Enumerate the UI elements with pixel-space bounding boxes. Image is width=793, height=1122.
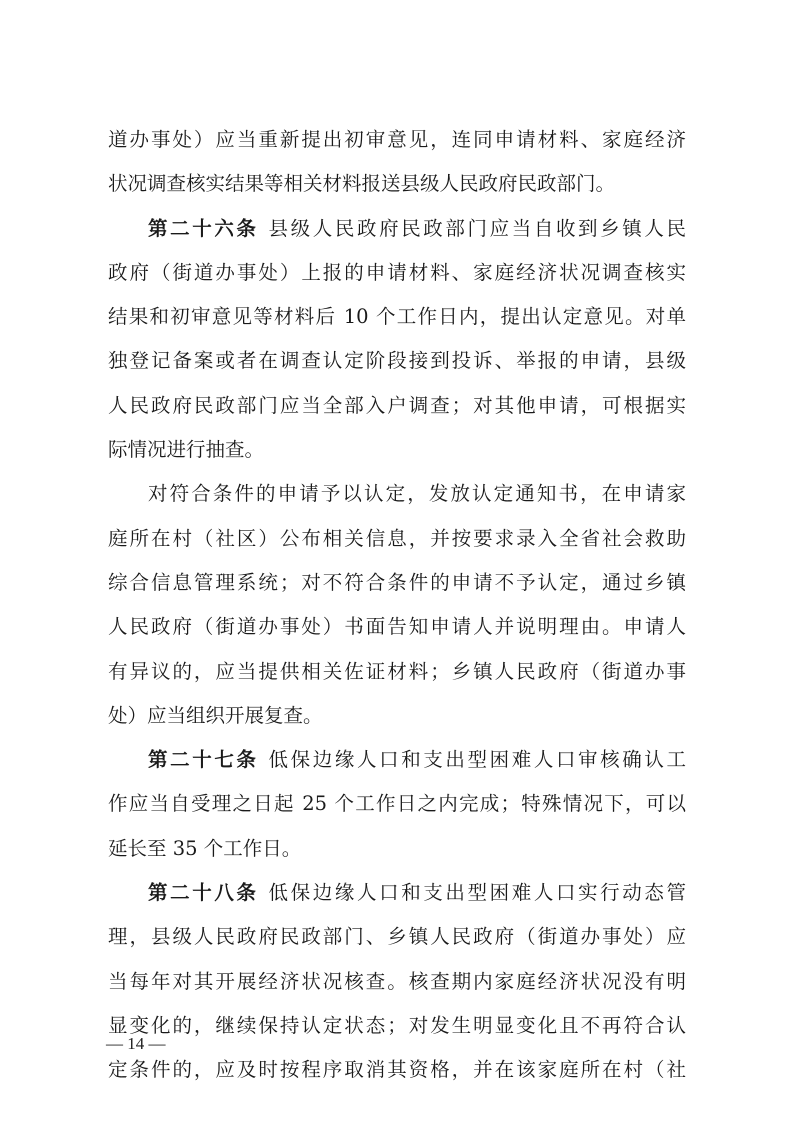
article-28-heading-line: 第二十八条低保边缘人口和支出型困难人口实行动态管 (108, 871, 686, 915)
article-number: 第二十六条 (148, 217, 259, 240)
text-line: 独登记备案或者在调查认定阶段接到投诉、举报的申请，县级 (108, 339, 686, 383)
text-line: 定条件的，应及时按程序取消其资格，并在该家庭所在村（社 (108, 1048, 686, 1092)
text-line: 人民政府（街道办事处）书面告知申请人并说明理由。申请人 (108, 605, 686, 649)
text-line: 低保边缘人口和支出型困难人口实行动态管 (269, 881, 686, 904)
text-line: 显变化的，继续保持认定状态；对发生明显变化且不再符合认 (108, 1004, 686, 1048)
text-line: 际情况进行抽查。 (108, 428, 686, 472)
text-line: 道办事处）应当重新提出初审意见，连同申请材料、家庭经济 (108, 118, 686, 162)
text-line: 延长至 35 个工作日。 (108, 827, 686, 871)
text-line: 对符合条件的申请予以认定，发放认定通知书，在申请家 (108, 472, 686, 516)
text-line: 结果和初审意见等材料后 10 个工作日内，提出认定意见。对单 (108, 295, 686, 339)
text-line: 作应当自受理之日起 25 个工作日之内完成；特殊情况下，可以 (108, 782, 686, 826)
text-line: 人民政府民政部门应当全部入户调查；对其他申请，可根据实 (108, 384, 686, 428)
text-line: 处）应当组织开展复查。 (108, 694, 686, 738)
text-line: 有异议的，应当提供相关佐证材料；乡镇人民政府（街道办事 (108, 650, 686, 694)
text-line: 政府（街道办事处）上报的申请材料、家庭经济状况调查核实 (108, 251, 686, 295)
text-line: 庭所在村（社区）公布相关信息，并按要求录入全省社会救助 (108, 517, 686, 561)
text-line: 低保边缘人口和支出型困难人口审核确认工 (269, 748, 686, 771)
article-number: 第二十八条 (148, 881, 259, 904)
text-line: 当每年对其开展经济状况核查。核查期内家庭经济状况没有明 (108, 960, 686, 1004)
text-line: 状况调查核实结果等相关材料报送县级人民政府民政部门。 (108, 162, 686, 206)
text-line: 县级人民政府民政部门应当自收到乡镇人民 (269, 217, 686, 240)
article-number: 第二十七条 (148, 748, 259, 771)
text-line: 理，县级人民政府民政部门、乡镇人民政府（街道办事处）应 (108, 915, 686, 959)
document-page: 道办事处）应当重新提出初审意见，连同申请材料、家庭经济 状况调查核实结果等相关材… (108, 118, 686, 1093)
text-line: 综合信息管理系统；对不符合条件的申请不予认定，通过乡镇 (108, 561, 686, 605)
article-27-heading-line: 第二十七条低保边缘人口和支出型困难人口审核确认工 (108, 738, 686, 782)
article-26-heading-line: 第二十六条县级人民政府民政部门应当自收到乡镇人民 (108, 207, 686, 251)
page-number: — 14 — (106, 1034, 166, 1054)
